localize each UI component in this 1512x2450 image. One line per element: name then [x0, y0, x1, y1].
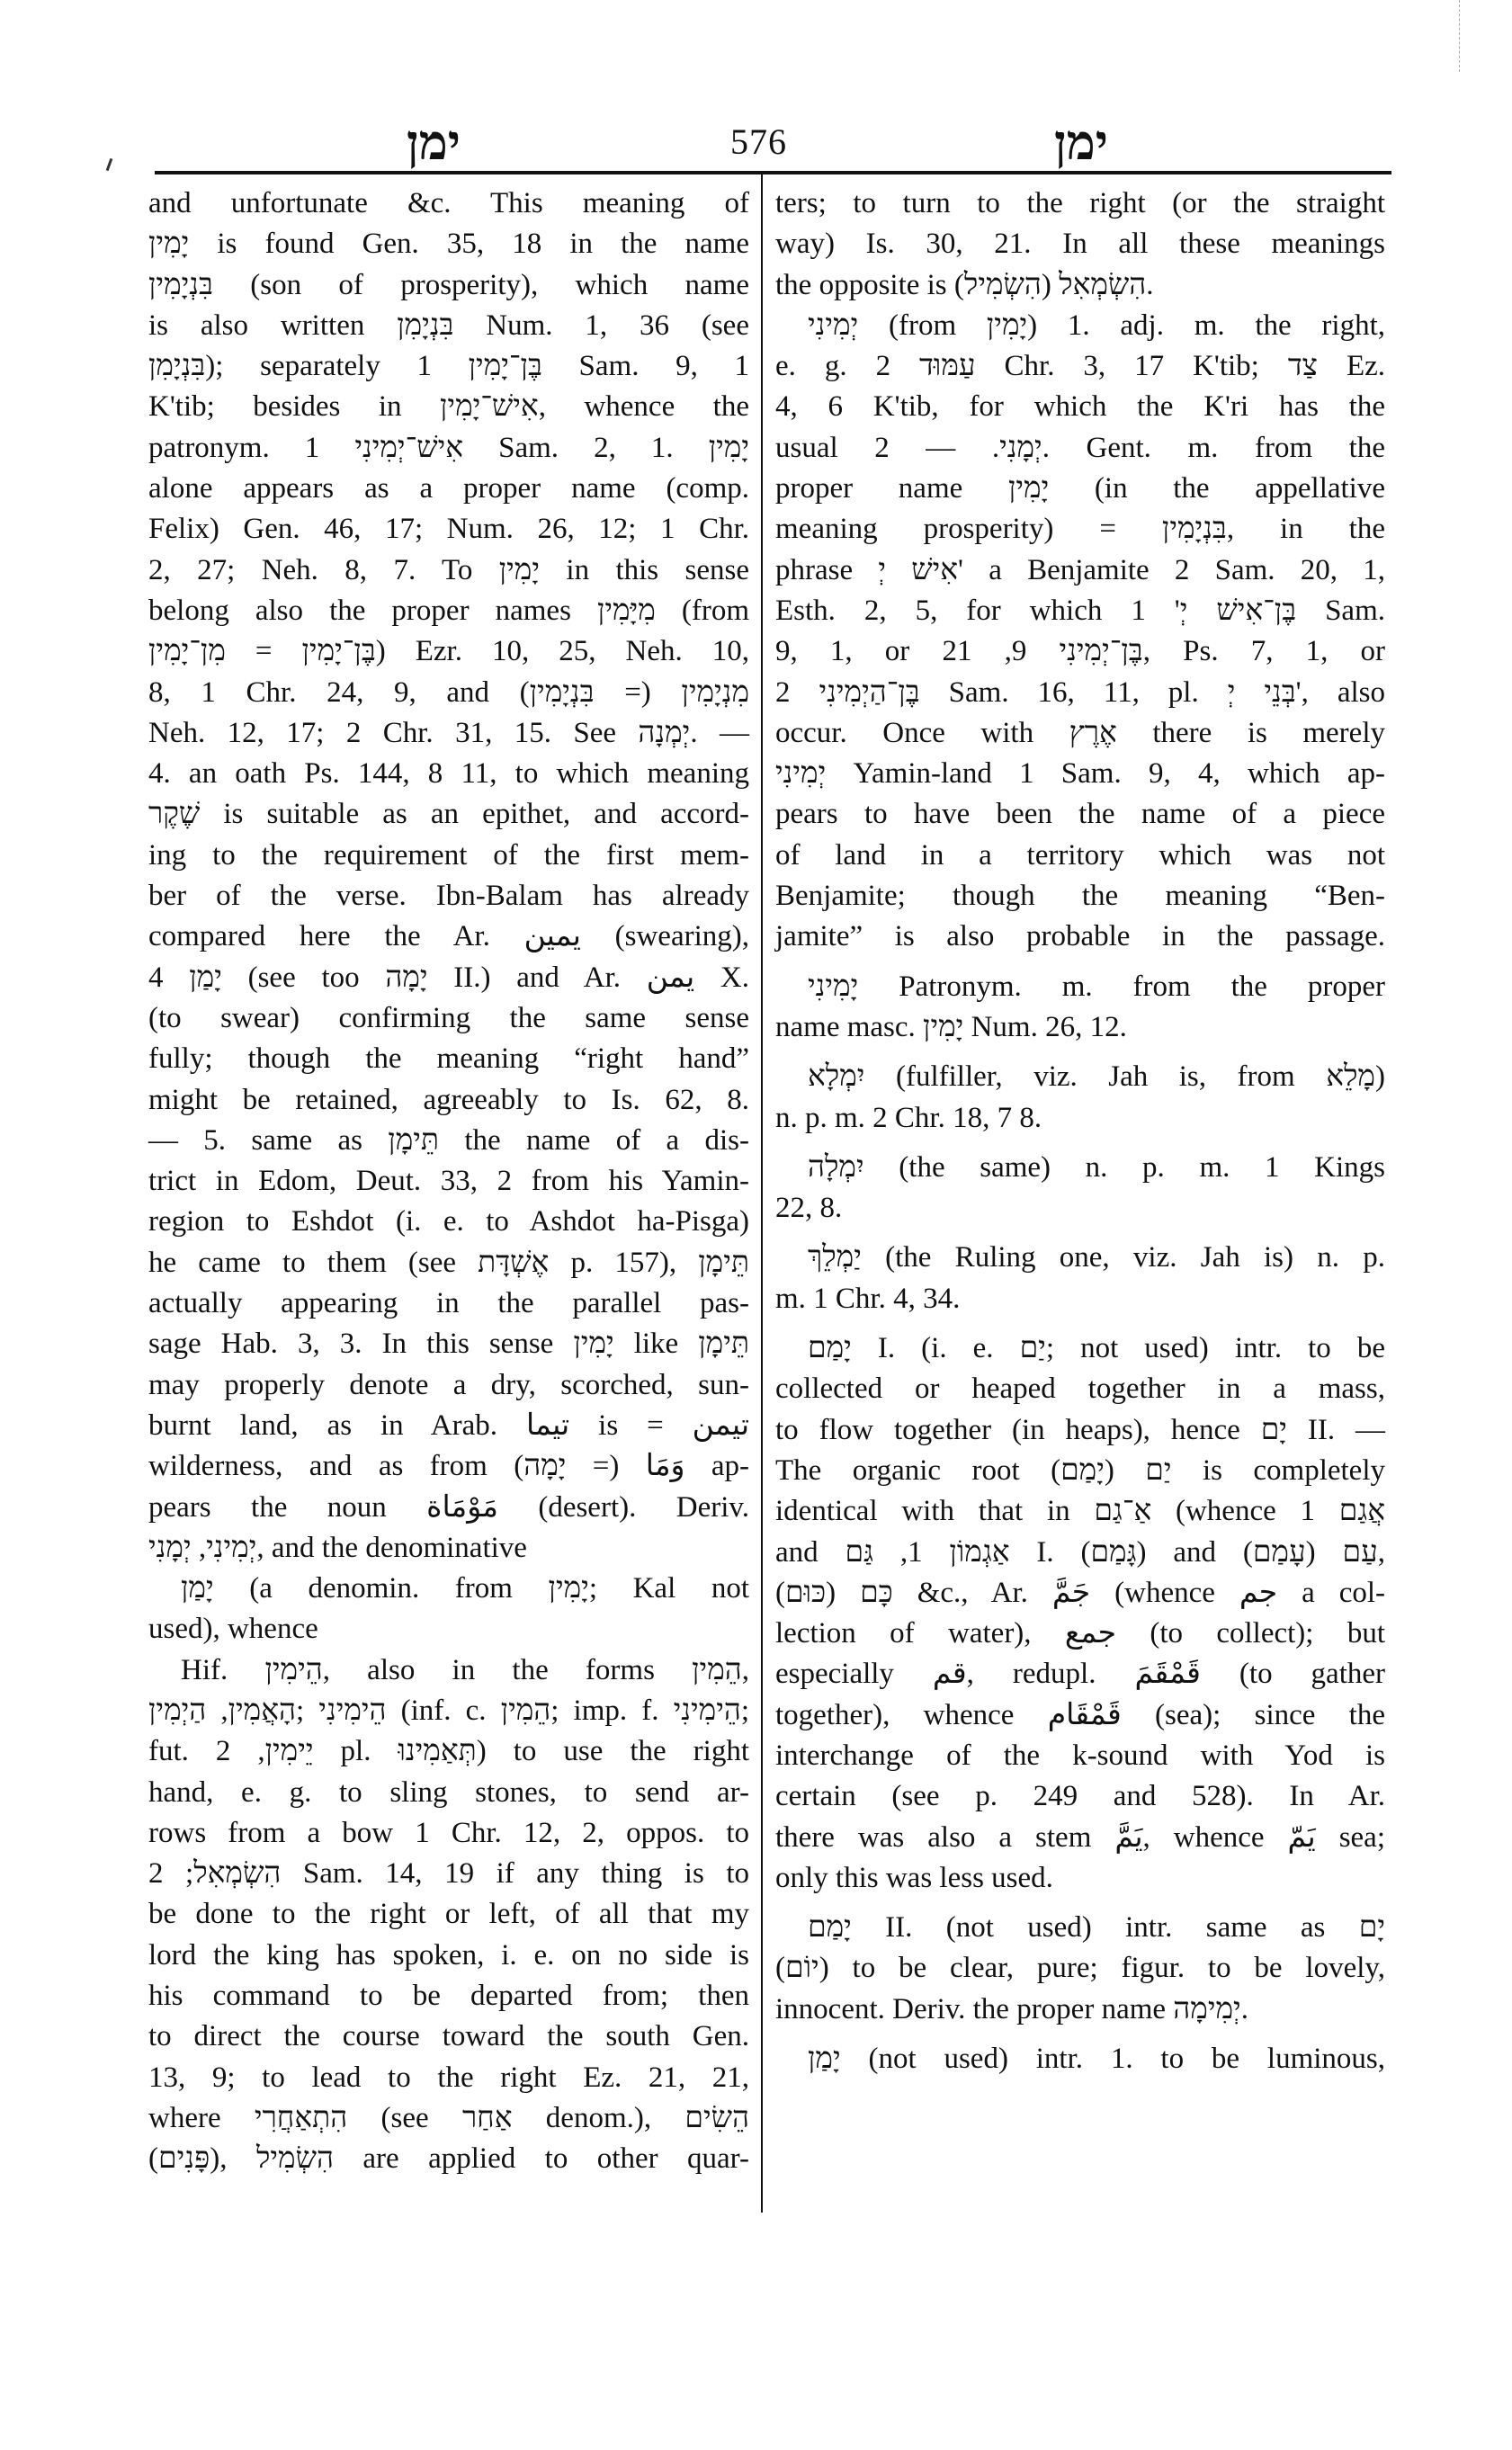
text-line: way) Is. 30, 21. In all these meanings	[775, 224, 1385, 264]
text-line: only this was less used.	[775, 1858, 1385, 1899]
text-line: 9, 1, or בֶּן־יְמִינִי 9, 21, Ps. 7, 1, …	[775, 631, 1385, 672]
text-line: sage Hab. 3, 3. In this sense יָמִין lik…	[148, 1324, 749, 1364]
right-column: ters; to turn to the right (or the strai…	[775, 183, 1385, 2079]
text-line: יָמַם II. (not used) intr. same as יָם	[775, 1908, 1385, 1948]
text-line: phrase אִישׁ יְ' a Benjamite 2 Sam. 20, …	[775, 550, 1385, 591]
text-line: patronym. אִישׁ־יְמִינִי 1 Sam. 2, 1. יָ…	[148, 428, 749, 469]
text-line: יָמַן 4 (see too יָמָה II.) and Ar. يمن …	[148, 958, 749, 998]
margin-mark	[106, 158, 113, 171]
text-line: Neh. 12, 17; 2 Chr. 31, 15. See יְמְנָה.…	[148, 713, 749, 754]
text-line: lection of water), جمع (to collect); but	[775, 1614, 1385, 1654]
text-line: proper name יָמִין (in the appellative	[775, 469, 1385, 509]
text-line: 13, 9; to lead to the right Ez. 21, 21,	[148, 2058, 749, 2098]
text-line: there was also a stem يَمَّ, whence يَمّ…	[775, 1818, 1385, 1858]
text-line: used), whence	[148, 1609, 749, 1650]
text-line: בִּנְיָמִין (son of prosperity), which n…	[148, 265, 749, 306]
text-line: Esth. 2, 5, for which בֶּן־אִישׁ יְ' 1 S…	[775, 591, 1385, 631]
text-line: especially قم, redupl. قَمْقَمَ (to gath…	[775, 1654, 1385, 1694]
text-line: occur. Once with אֶרֶץ there is merely	[775, 713, 1385, 754]
scan-edge-marks	[1459, 0, 1463, 72]
text-line: יָמַן (not used) intr. 1. to be luminous…	[775, 2039, 1385, 2079]
text-line: K'tib; besides in אִישׁ־יָמִין, whence t…	[148, 387, 749, 427]
left-running-headword: ימן	[407, 115, 461, 169]
text-line: certain (see p. 249 and 528). In Ar.	[775, 1776, 1385, 1817]
text-line: jamite” is also probable in the passage.	[775, 917, 1385, 957]
text-line: יְמִינִי, יְמָנִי, and the denominative	[148, 1528, 749, 1569]
text-line: name masc. יָמִין Num. 26, 12.	[775, 1007, 1385, 1048]
text-line: בֶּן־יָמִין = מִן־יָמִין) Ezr. 10, 25, N…	[148, 631, 749, 672]
text-line: 4. an oath Ps. 144, 8 11, to which meani…	[148, 754, 749, 794]
text-line: 2, 27; Neh. 8, 7. To יָמִין in this sens…	[148, 550, 749, 591]
text-line: 4, 6 K'tib, for which the K'ri has the	[775, 387, 1385, 427]
text-line: compared here the Ar. يمين (swearing),	[148, 917, 749, 957]
text-line: 22, 8.	[775, 1188, 1385, 1229]
text-line: his command to be departed from; then	[148, 1976, 749, 2016]
text-line: he came to them (see אֶשְׁדָּת p. 157), …	[148, 1243, 749, 1283]
text-line: n. p. m. 2 Chr. 18, 7 8.	[775, 1098, 1385, 1139]
text-line: ters; to turn to the right (or the strai…	[775, 183, 1385, 224]
text-line: region to Eshdot (i. e. to Ashdot ha-Pis…	[148, 1202, 749, 1242]
text-line: m. 1 Chr. 4, 34.	[775, 1279, 1385, 1319]
text-line: belong also the proper names מִיָּמִין (…	[148, 591, 749, 631]
text-line: where הִתְאַחֲרִי (see אַחַר denom.), הֵ…	[148, 2098, 749, 2139]
text-line: יָמַן (a denomin. from יָמִין; Kal not	[148, 1569, 749, 1609]
text-line: identical with that in אַ־גַם (whence אֲ…	[775, 1491, 1385, 1532]
text-line: rows from a bow 1 Chr. 12, 2, oppos. to	[148, 1813, 749, 1854]
text-line: יִמְלָה (the same) n. p. m. 1 Kings	[775, 1148, 1385, 1188]
text-line: to direct the course toward the south Ge…	[148, 2016, 749, 2057]
text-line: בִּנְיָמִן); separately בֶּן־יָמִין 1 Sa…	[148, 346, 749, 387]
text-line: pears the noun مَوْمَاة (desert). Deriv.	[148, 1488, 749, 1528]
page-header: ימן 576 ימן	[155, 108, 1391, 171]
text-line: be done to the right or left, of all tha…	[148, 1894, 749, 1935]
text-line: lord the king has spoken, i. e. on no si…	[148, 1936, 749, 1976]
text-line: יָמִינִי Patronym. m. from the proper	[775, 967, 1385, 1007]
text-line: בֶּן־הַיְמִינִי 2 Sam. 16, 11, pl. בְּנֵ…	[775, 673, 1385, 713]
page-number: 576	[730, 121, 787, 163]
text-line: ing to the requirement of the first mem-	[148, 836, 749, 876]
text-line: fut. יֵימִין, 2 pl. תְּאַמִינוּ) to use …	[148, 1731, 749, 1772]
text-line: and אַגְמוֹן 1, גַּם I. (גָּמַם) and עַם…	[775, 1533, 1385, 1573]
text-line: innocent. Deriv. the proper name יְמִימָ…	[775, 1990, 1385, 2030]
text-line: is also written בִּנְיָמִן Num. 1, 36 (s…	[148, 306, 749, 346]
text-line: יַמְלֵךְ (the Ruling one, viz. Jah is) n…	[775, 1238, 1385, 1278]
text-line: יְמִינִי (from יָמִין) 1. adj. m. the ri…	[775, 306, 1385, 346]
text-line: actually appearing in the parallel pas-	[148, 1283, 749, 1324]
left-column: and unfortunate &c. This meaning ofיָמִי…	[148, 183, 749, 2180]
text-line: may properly denote a dry, scorched, sun…	[148, 1365, 749, 1406]
right-running-headword: ימן	[1054, 115, 1108, 169]
text-line: pears to have been the name of a piece	[775, 794, 1385, 835]
text-line: הֵימִינִי ;הָאֲמִין, הַיְמִין (inf. c. ה…	[148, 1691, 749, 1731]
text-line: יִמְלָא (fulfiller, viz. Jah is, from מָ…	[775, 1057, 1385, 1097]
text-line: burnt land, as in Arab. تيما is = تيمن	[148, 1406, 749, 1446]
text-line: כָּם (כּוּם) &c., Ar. جَمَّ (whence جم a…	[775, 1573, 1385, 1614]
text-line: trict in Edom, Deut. 33, 2 from his Yami…	[148, 1161, 749, 1202]
text-line: Benjamite; though the meaning “Ben-	[775, 876, 1385, 917]
text-line: The organic root יַם (יָמַם) is complete…	[775, 1451, 1385, 1491]
text-line: fully; though the meaning “right hand”	[148, 1039, 749, 1079]
dictionary-page: ימן 576 ימן and unfortunate &c. This mea…	[0, 0, 1512, 2450]
text-line: might be retained, agreeably to Is. 62, …	[148, 1080, 749, 1121]
text-line: together), whence قَمْقَام (sea); since …	[775, 1695, 1385, 1736]
text-line: יָמַם I. (i. e. יַם; not used) intr. to …	[775, 1328, 1385, 1369]
text-line: 8, 1 Chr. 24, 9, and מִנְיָמִין (= בִּנְ…	[148, 673, 749, 713]
text-line: the opposite is הִשְׂמְאִל (הִשְׂמִיל).	[775, 265, 1385, 306]
column-divider	[761, 174, 763, 2213]
text-line: Hif. הֵימִין, also in the forms הֵמִין,	[148, 1650, 749, 1691]
header-rule	[155, 171, 1391, 174]
text-line: — 5. same as תֵּימָן the name of a dis-	[148, 1121, 749, 1161]
text-line: e. g. עַמּוּד 2 Chr. 3, 17 K'tib; צַד Ez…	[775, 346, 1385, 387]
text-line: ber of the verse. Ibn-Balam has already	[148, 876, 749, 917]
text-line: to flow together (in heaps), hence יָם I…	[775, 1410, 1385, 1451]
text-line: hand, e. g. to sling stones, to send ar-	[148, 1773, 749, 1813]
text-line: interchange of the k-sound with Yod is	[775, 1736, 1385, 1776]
text-line: collected or heaped together in a mass,	[775, 1369, 1385, 1409]
text-line: יָמִין is found Gen. 35, 18 in the name	[148, 224, 749, 264]
text-line: הִשְׂמְאִל; 2 Sam. 14, 19 if any thing i…	[148, 1854, 749, 1894]
text-line: שֶׁקֶר is suitable as an epithet, and ac…	[148, 794, 749, 835]
text-line: wilderness, and as from وَمَا (= יָמָה) …	[148, 1446, 749, 1487]
text-line: Felix) Gen. 46, 17; Num. 26, 12; 1 Chr.	[148, 509, 749, 550]
text-line: alone appears as a proper name (comp.	[148, 469, 749, 509]
text-line: (פָּנִים), הִשְׂמִיל are applied to othe…	[148, 2139, 749, 2179]
text-line: meaning prosperity) = בִּנְיָמִין, in th…	[775, 509, 1385, 550]
text-line: (יוֹם) to be clear, pure; figur. to be l…	[775, 1948, 1385, 1989]
text-line: (to swear) confirming the same sense	[148, 998, 749, 1039]
text-line: יְמִינִי Yamin-land 1 Sam. 9, 4, which a…	[775, 754, 1385, 794]
text-line: of land in a territory which was not	[775, 836, 1385, 876]
text-line: and unfortunate &c. This meaning of	[148, 183, 749, 224]
text-line: usual יְמָנִי. — 2. Gent. m. from the	[775, 428, 1385, 469]
